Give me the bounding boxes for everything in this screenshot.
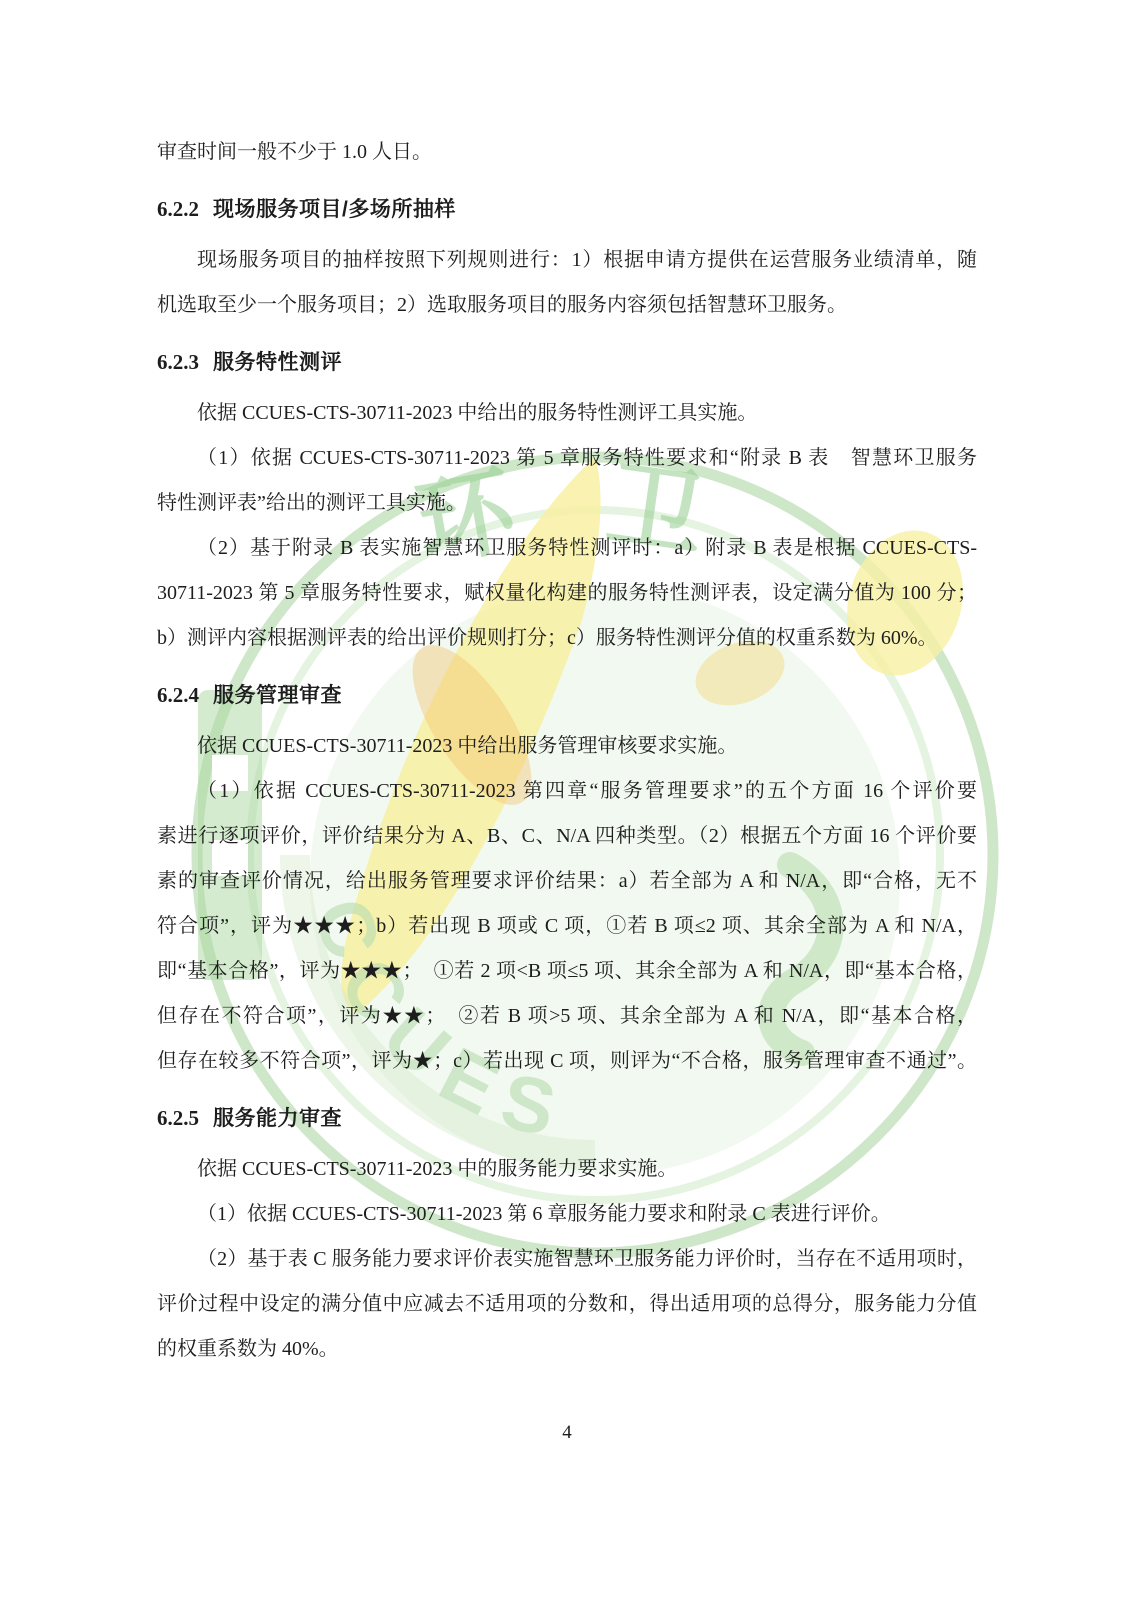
text-line: 但存在较多不符合项”，评为★；c）若出现 C 项，则评为“不合格，服务管理审查不…: [157, 1039, 977, 1084]
section-heading-624: 6.2.4服务管理审查: [157, 673, 977, 718]
text-line: 符合项”，评为★★★；b）若出现 B 项或 C 项，①若 B 项≤2 项、其余全…: [157, 904, 977, 949]
text-line: 现场服务项目的抽样按照下列规则进行：1）根据申请方提供在运营服务业绩清单，随: [157, 238, 977, 283]
text-line: 依据 CCUES-CTS-30711-2023 中给出服务管理审核要求实施。: [157, 724, 977, 769]
text-line: （1）依据 CCUES-CTS-30711-2023 第四章“服务管理要求”的五…: [157, 769, 977, 814]
section-title: 现场服务项目/多场所抽样: [213, 198, 456, 221]
text-line: 审查时间一般不少于 1.0 人日。: [157, 130, 977, 175]
text-line: 评价过程中设定的满分值中应减去不适用项的分数和，得出适用项的总得分，服务能力分值: [157, 1282, 977, 1327]
section-number: 6.2.5: [157, 1106, 199, 1130]
text-line: 的权重系数为 40%。: [157, 1327, 977, 1372]
text-line: 30711-2023 第 5 章服务特性要求，赋权量化构建的服务特性测评表，设定…: [157, 571, 977, 616]
page-number: 4: [157, 1418, 977, 1448]
document-page: 审查时间一般不少于 1.0 人日。 6.2.2现场服务项目/多场所抽样 现场服务…: [0, 0, 1131, 1448]
text-line: b）测评内容根据测评表的给出评价规则打分；c）服务特性测评分值的权重系数为 60…: [157, 616, 977, 661]
text-line: 素进行逐项评价，评价结果分为 A、B、C、N/A 四种类型。（2）根据五个方面 …: [157, 814, 977, 859]
section-heading-622: 6.2.2现场服务项目/多场所抽样: [157, 187, 977, 232]
text-line: （2）基于表 C 服务能力要求评价表实施智慧环卫服务能力评价时，当存在不适用项时…: [157, 1237, 977, 1282]
section-heading-625: 6.2.5服务能力审查: [157, 1096, 977, 1141]
section-title: 服务特性测评: [213, 351, 342, 374]
text-line: 即“基本合格”，评为★★★； ①若 2 项<B 项≤5 项、其余全部为 A 和 …: [157, 949, 977, 994]
text-line: （2）基于附录 B 表实施智慧环卫服务特性测评时：a）附录 B 表是根据 CCU…: [157, 526, 977, 571]
section-number: 6.2.2: [157, 197, 199, 221]
text-line: 依据 CCUES-CTS-30711-2023 中的服务能力要求实施。: [157, 1147, 977, 1192]
section-title: 服务管理审查: [213, 684, 342, 707]
text-line: （1）依据 CCUES-CTS-30711-2023 第 6 章服务能力要求和附…: [157, 1192, 977, 1237]
text-line: 素的审查评价情况，给出服务管理要求评价结果：a）若全部为 A 和 N/A，即“合…: [157, 859, 977, 904]
text-line: 机选取至少一个服务项目；2）选取服务项目的服务内容须包括智慧环卫服务。: [157, 283, 977, 328]
section-number: 6.2.4: [157, 683, 199, 707]
section-title: 服务能力审查: [213, 1107, 342, 1130]
section-heading-623: 6.2.3服务特性测评: [157, 340, 977, 385]
text-line: 依据 CCUES-CTS-30711-2023 中给出的服务特性测评工具实施。: [157, 391, 977, 436]
section-number: 6.2.3: [157, 350, 199, 374]
text-line: （1）依据 CCUES-CTS-30711-2023 第 5 章服务特性要求和“…: [157, 436, 977, 481]
text-line: 特性测评表”给出的测评工具实施。: [157, 481, 977, 526]
text-line: 但存在不符合项”，评为★★； ②若 B 项>5 项、其余全部为 A 和 N/A，…: [157, 994, 977, 1039]
